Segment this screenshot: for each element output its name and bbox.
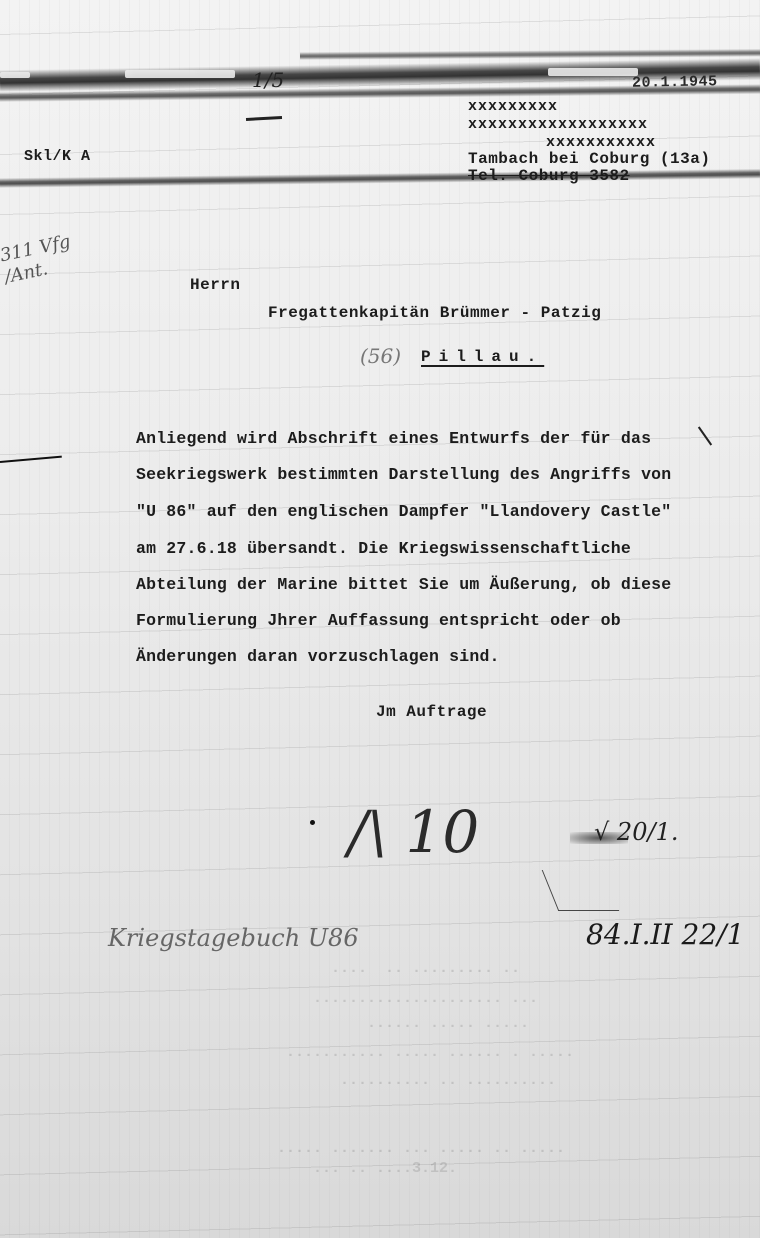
body-line: "U 86" auf den englischen Dampfer "Lland… — [136, 502, 671, 521]
reference-code: Skl/K A — [24, 148, 91, 165]
redacted-line: xxxxxxxxxxxxxxxxxx — [468, 116, 648, 133]
recipient-name: Fregattenkapitän Brümmer - Patzig — [268, 304, 601, 322]
handwritten-subject: Kriegstagebuch U86 — [108, 924, 359, 952]
sender-address: Tambach bei Coburg (13a) — [468, 150, 710, 168]
ink-dot — [310, 820, 315, 825]
body-line: am 27.6.18 übersandt. Die Kriegswissensc… — [136, 539, 631, 558]
bleed-through-text: .... .. ......... .. — [250, 960, 520, 977]
closing-phrase: Jm Auftrage — [376, 703, 487, 721]
sender-phone: Tel. Coburg 3582 — [468, 167, 630, 185]
scan-artifact — [0, 72, 30, 78]
bleed-through-text: .......... .. .......... — [250, 1072, 556, 1089]
body-line: Formulierung Jhrer Auffassung entspricht… — [136, 611, 621, 630]
signature-primary: /\ 10 — [348, 798, 479, 866]
bleed-through-text: ... .. ....3.12. — [250, 1160, 457, 1177]
scan-artifact — [548, 68, 638, 76]
body-line: Seekriegswerk bestimmten Darstellung des… — [136, 465, 671, 484]
document-date: 20.1.1945 — [632, 73, 718, 91]
handwritten-mark: 1/5 — [252, 68, 284, 92]
city-code: (56) — [360, 344, 401, 368]
body-line: Änderungen daran vorzuschlagen sind. — [136, 647, 500, 666]
redacted-line: xxxxxxxxx — [468, 98, 558, 115]
scan-artifact — [125, 70, 235, 78]
signature-initials: √ 20/1. — [594, 818, 678, 846]
body-line: Abteilung der Marine bittet Sie um Äußer… — [136, 575, 671, 594]
recipient-city: Pillau. — [421, 348, 544, 366]
bleed-through-text: ..................... ... — [250, 990, 538, 1007]
bleed-through-text: ...... ..... ..... — [250, 1015, 529, 1032]
redacted-line: xxxxxxxxxxx — [546, 134, 656, 151]
salutation: Herrn — [190, 276, 241, 294]
signature-file-mark: 84.I.II 22/1 — [586, 918, 744, 951]
bleed-through-text: ........... ..... ...... . ..... — [250, 1044, 574, 1061]
bleed-through-text: ..... ....... ... ..... .. ..... — [250, 1140, 565, 1157]
body-line: Anliegend wird Abschrift eines Entwurfs … — [136, 429, 651, 448]
